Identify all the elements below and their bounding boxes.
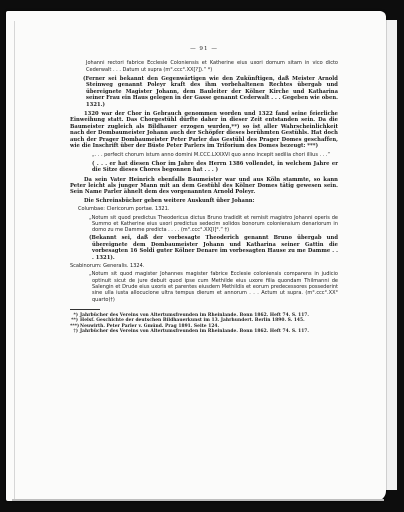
german-translation: (Bekannt sei, daß der vorbesagte Theoder… xyxy=(92,235,338,261)
latin-quote: „Notum sit quod magister Johannes magist… xyxy=(92,271,338,302)
page-bottom-edge xyxy=(12,499,384,501)
page-right-edge xyxy=(386,20,397,490)
page-content: — 91 — Johanni rectori fabrice Ecclesie … xyxy=(70,46,338,334)
section-heading: Columbae: Clericorum portae. 1321. xyxy=(78,206,338,212)
footnote: †)Jahrbücher des Vereins von Altertumsfr… xyxy=(70,329,338,334)
latin-quote: Johanni rectori fabrice Ecclesie Colonie… xyxy=(86,60,338,73)
footnote-divider xyxy=(70,309,100,310)
latin-inscription: „. . . perfecit chorum istum anno domini… xyxy=(92,152,338,158)
german-translation: ( . . . er hat diesen Chor im Jahre des … xyxy=(92,161,338,174)
german-translation: (Ferner sei bekannt den Gegenwärtigen wi… xyxy=(86,76,338,108)
footnotes: *)Jahrbücher des Vereins von Altertumsfr… xyxy=(70,313,338,335)
body-paragraph: 1320 war der Chor in Gebrauch genommen w… xyxy=(70,111,338,149)
section-heading: Scabinorum: Generalis. 1324. xyxy=(70,263,338,269)
page-gutter-line xyxy=(14,21,15,501)
latin-quote: „Notum sit quod predictus Theodericus di… xyxy=(92,215,338,234)
body-paragraph: Die Schreinsbücher geben weitere Auskunf… xyxy=(70,198,338,204)
body-paragraph: Da sein Vater Heinrich ebenfalls Baumeis… xyxy=(70,177,338,196)
page-number: — 91 — xyxy=(70,46,338,52)
